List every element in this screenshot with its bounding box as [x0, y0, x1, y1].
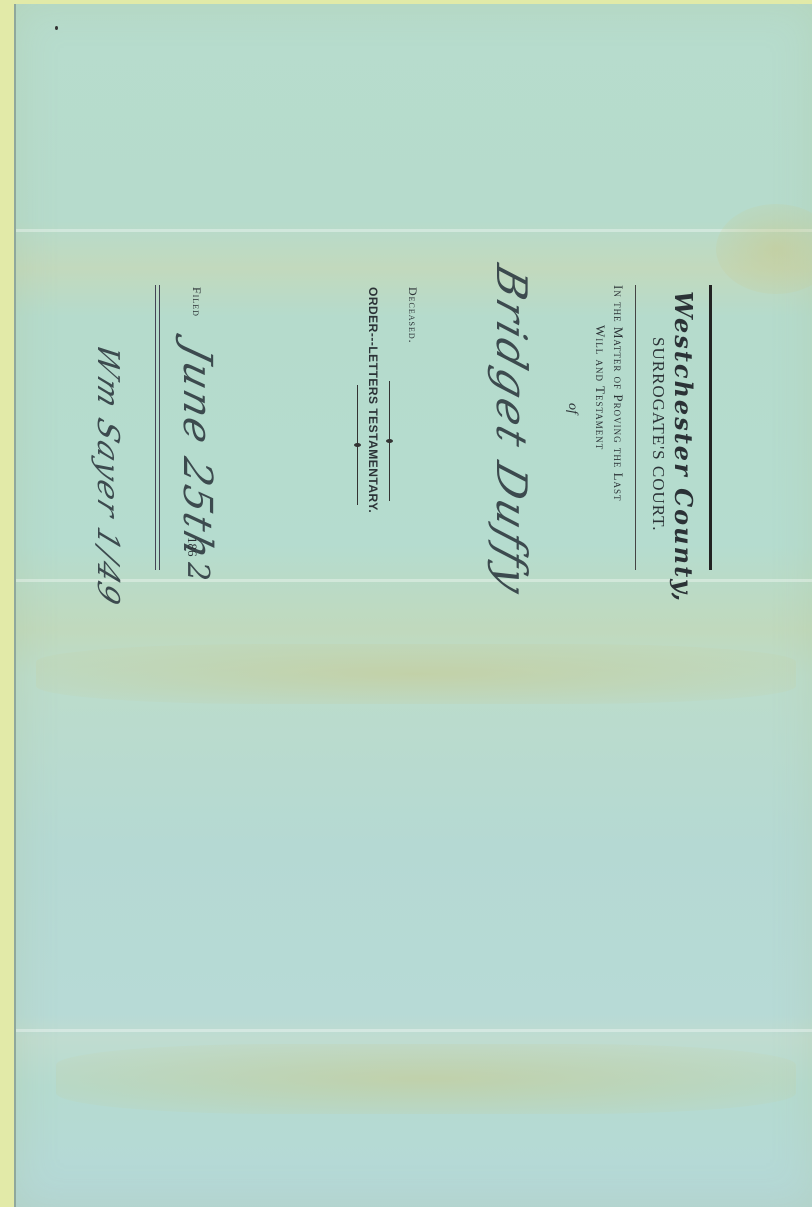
paper-sheet — [14, 4, 812, 1207]
filed-date: June 25th — [174, 339, 220, 566]
document-content: Westchester County, SURROGATE'S COURT. I… — [80, 285, 720, 585]
county-heading: Westchester County, — [669, 291, 698, 603]
deceased-label: Deceased. — [405, 287, 420, 344]
ornamental-rule — [357, 385, 358, 505]
paper-stain — [56, 1044, 796, 1114]
paper-stain — [36, 644, 796, 704]
decedent-name: Bridget Duffy — [487, 259, 536, 603]
fold-line — [16, 229, 812, 232]
ink-speck — [55, 26, 58, 30]
ornamental-rule — [389, 381, 390, 501]
caption-line-2: Will and Testament — [592, 325, 608, 450]
filed-year-printed: 186 — [184, 537, 200, 557]
paper-stain — [716, 204, 812, 294]
order-title: ORDER---LETTERS TESTAMENTARY. — [366, 287, 380, 513]
filed-year-handwritten: 2 — [180, 562, 215, 581]
caption-of: of — [564, 403, 580, 414]
header-divider — [635, 285, 636, 570]
clerk-signature: Wm Sayer 1/49 — [90, 338, 125, 611]
filed-label: Filed — [189, 287, 204, 317]
caption-line-1: In the Matter of Proving the Last — [610, 285, 626, 502]
header-rule — [709, 285, 712, 570]
footer-rule — [155, 285, 156, 570]
fold-line — [16, 1029, 812, 1032]
court-heading: SURROGATE'S COURT. — [648, 337, 668, 531]
footer-rule — [159, 285, 160, 570]
